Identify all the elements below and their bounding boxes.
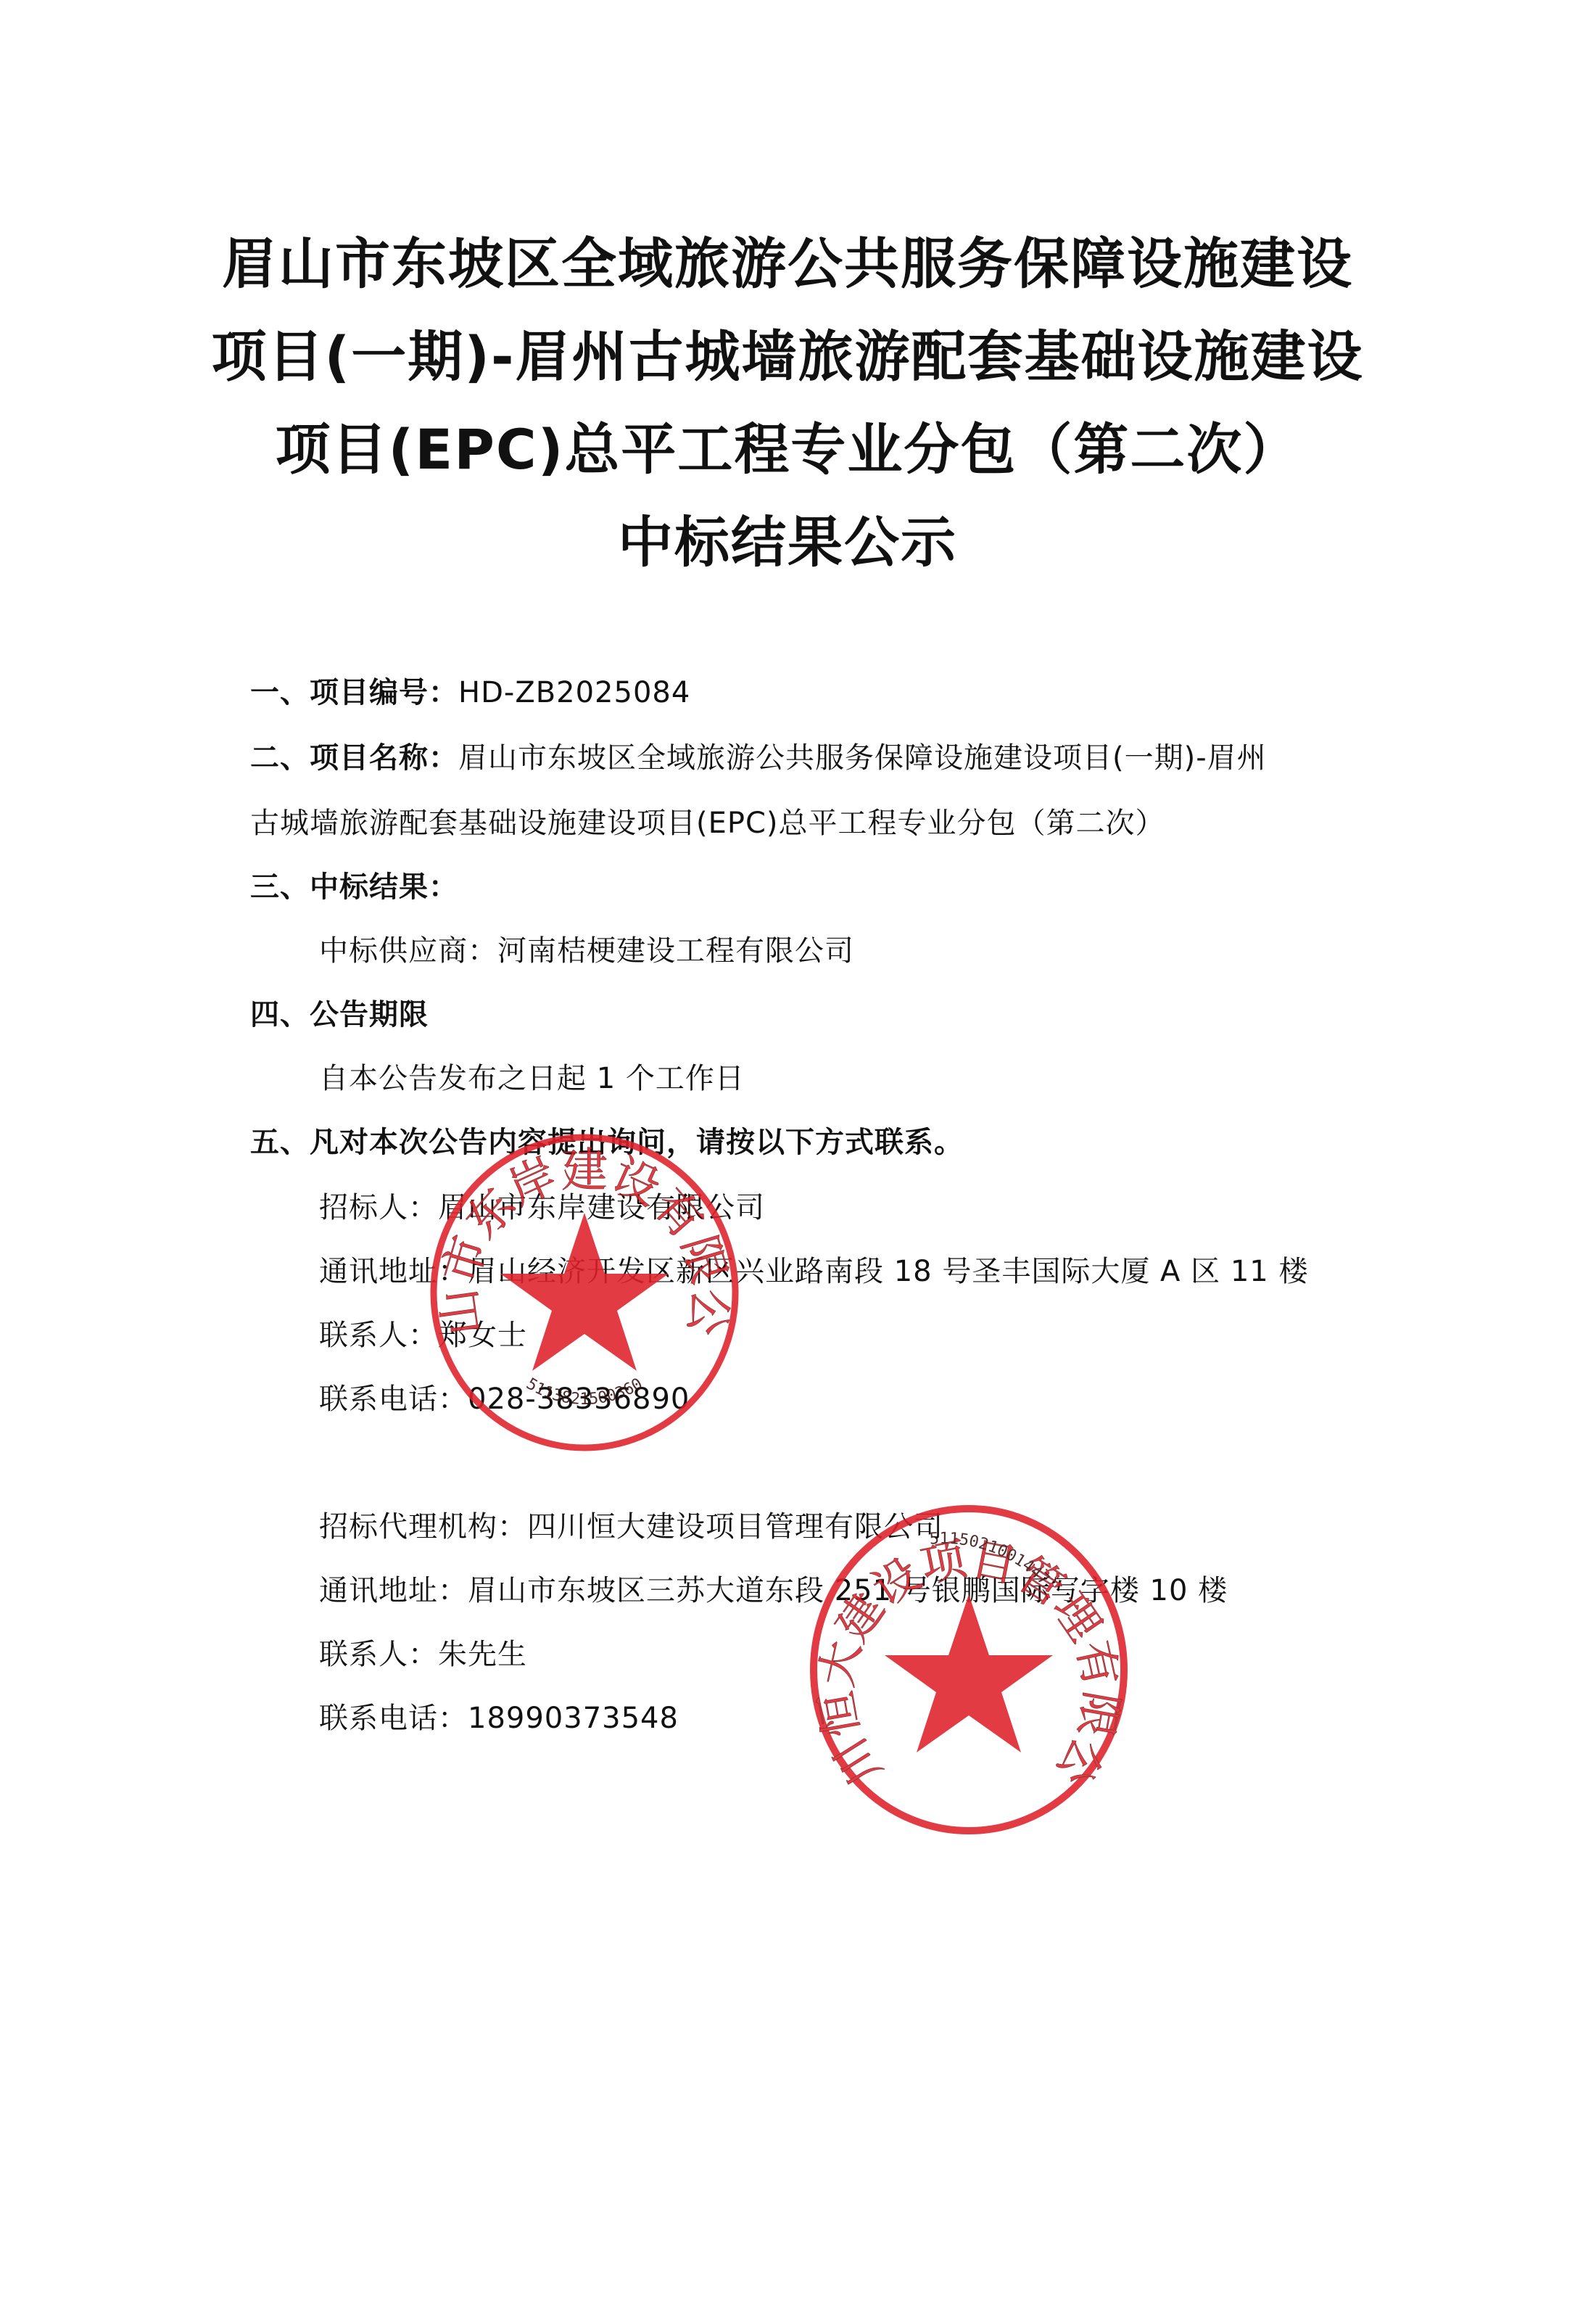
project-name-value-2: 古城墙旅游配套基础设施建设项目(EPC)总平工程专业分包（第二次） (250, 805, 1165, 841)
announcement-page: 眉山市东坡区全域旅游公共服务保障设施建设 项目(一期)-眉州古城墙旅游配套基础设… (0, 0, 1575, 2324)
svg-text:四川恒大建设项目管理有限公司: 四川恒大建设项目管理有限公司 (806, 1503, 1128, 1795)
agency-name-row: 招标代理机构：四川恒大建设项目管理有限公司 (319, 1509, 943, 1545)
result-heading: 三、中标结果： (250, 869, 458, 905)
tenderer-name: 眉山市东岸建设有限公司 (438, 1191, 765, 1224)
tenderer-name-row: 招标人：眉山市东岸建设有限公司 (319, 1190, 765, 1226)
project-name-row: 二、项目名称：眉山市东坡区全域旅游公共服务保障设施建设项目(一期)-眉州 (250, 740, 1267, 776)
title-line-3: 项目(EPC)总平工程专业分包（第二次） (0, 403, 1575, 496)
project-name-value-1: 眉山市东坡区全域旅游公共服务保障设施建设项目(一期)-眉州 (458, 741, 1267, 775)
tenderer-phone-row: 联系电话：028-38336890 (319, 1381, 690, 1417)
agency-address-label: 通讯地址： (319, 1574, 468, 1607)
tenderer-address-row: 通讯地址：眉山经济开发区新区兴业路南段 18 号圣丰国际大厦 A 区 11 楼 (319, 1253, 1308, 1290)
tenderer-person: 郑女士 (438, 1319, 527, 1352)
agency-company-seal: 四川恒大建设项目管理有限公司 5115021001447 (806, 1503, 1131, 1837)
agency-name-label: 招标代理机构： (319, 1510, 527, 1544)
tenderer-address: 眉山经济开发区新区兴业路南段 18 号圣丰国际大厦 A 区 11 楼 (468, 1255, 1308, 1288)
period-heading: 四、公告期限 (250, 997, 429, 1033)
tenderer-phone: 028-38336890 (468, 1383, 690, 1416)
supplier-value: 河南桔梗建设工程有限公司 (497, 934, 854, 968)
agency-address-row: 通讯地址：眉山市东坡区三苏大道东段 251 号银鹏国际写字楼 10 楼 (319, 1573, 1228, 1609)
period-text: 自本公告发布之日起 1 个工作日 (319, 1060, 745, 1097)
title-line-1: 眉山市东坡区全域旅游公共服务保障设施建设 (0, 218, 1575, 310)
title-line-2: 项目(一期)-眉州古城墙旅游配套基础设施建设 (0, 310, 1575, 403)
project-no-value: HD-ZB2025084 (458, 676, 690, 709)
project-no-row: 一、项目编号：HD-ZB2025084 (250, 675, 690, 711)
star-icon (885, 1594, 1053, 1752)
tenderer-address-label: 通讯地址： (319, 1255, 468, 1288)
svg-text:眉山市东岸建设有限公司: 眉山市东岸建设有限公司 (426, 1132, 737, 1339)
agency-phone-label: 联系电话： (319, 1702, 468, 1735)
agency-person-row: 联系人：朱先生 (319, 1636, 527, 1673)
supplier-label: 中标供应商： (319, 934, 497, 968)
agency-person: 朱先生 (438, 1638, 527, 1671)
agency-phone-row: 联系电话：18990373548 (319, 1700, 679, 1736)
document-title: 眉山市东坡区全域旅游公共服务保障设施建设 项目(一期)-眉州古城墙旅游配套基础设… (0, 218, 1575, 589)
project-name-label: 二、项目名称： (250, 741, 458, 775)
agency-person-label: 联系人： (319, 1638, 438, 1671)
tenderer-phone-label: 联系电话： (319, 1383, 468, 1416)
supplier-row: 中标供应商：河南桔梗建设工程有限公司 (319, 933, 854, 969)
agency-name: 四川恒大建设项目管理有限公司 (527, 1510, 943, 1544)
agency-address: 眉山市东坡区三苏大道东段 251 号银鹏国际写字楼 10 楼 (468, 1574, 1228, 1607)
tenderer-name-label: 招标人： (319, 1191, 438, 1224)
agency-phone: 18990373548 (468, 1702, 679, 1735)
project-no-label: 一、项目编号： (250, 676, 458, 709)
title-line-4: 中标结果公示 (0, 496, 1575, 589)
tenderer-person-label: 联系人： (319, 1319, 438, 1352)
tenderer-person-row: 联系人：郑女士 (319, 1317, 527, 1353)
contact-heading: 五、凡对本次公告内容提出询问，请按以下方式联系。 (250, 1124, 964, 1161)
